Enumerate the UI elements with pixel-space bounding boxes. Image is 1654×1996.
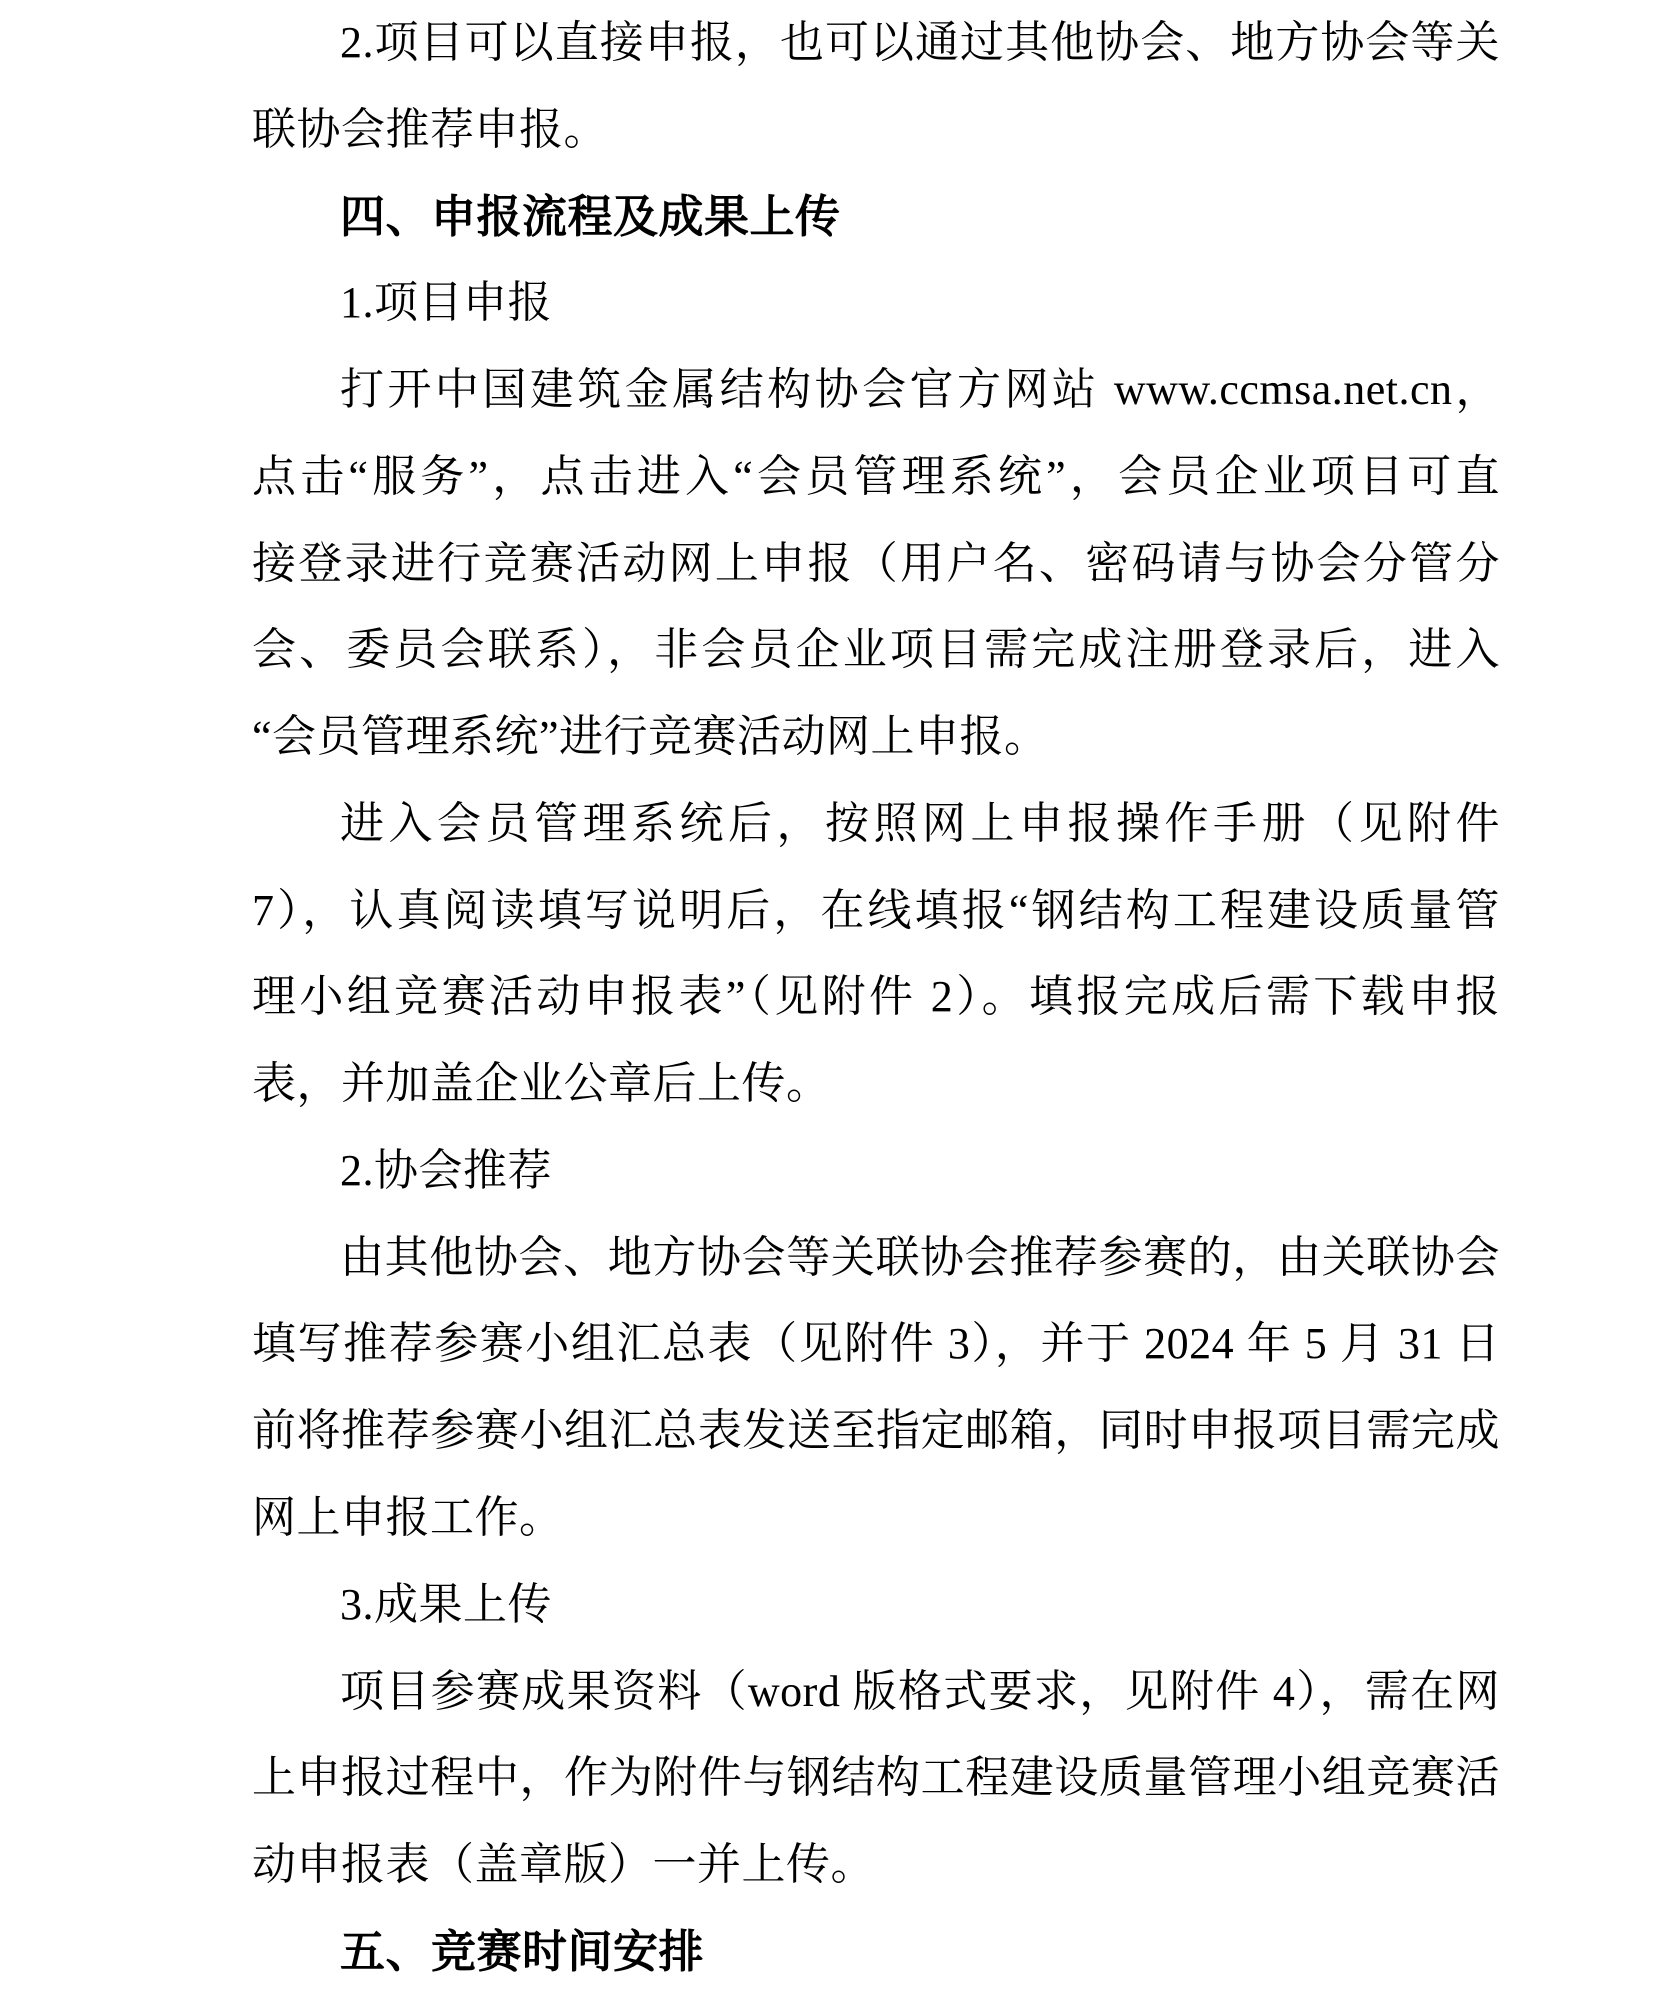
document-text-block: 2.项目可以直接申报，也可以通过其他协会、地方协会等关联协会推荐申报。四、申报流… [252,0,1500,1996]
text-line: 接登录进行竞赛活动网上申报（用户名、密码请与协会分管分 [252,521,1500,608]
text-line: 2.协会推荐 [252,1128,1500,1215]
text-line: 项目参赛成果资料（word 版格式要求，见附件 4），需在网 [252,1649,1500,1736]
section-heading: 五、竞赛时间安排 [252,1909,1500,1996]
text-line: 上申报过程中，作为附件与钢结构工程建设质量管理小组竞赛活 [252,1735,1500,1822]
text-line: 进入会员管理系统后，按照网上申报操作手册（见附件 [252,781,1500,868]
text-line: 由其他协会、地方协会等关联协会推荐参赛的，由关联协会 [252,1215,1500,1302]
document-page: 2.项目可以直接申报，也可以通过其他协会、地方协会等关联协会推荐申报。四、申报流… [0,0,1654,1996]
text-line: “会员管理系统”进行竞赛活动网上申报。 [252,694,1500,781]
text-line: 会、委员会联系），非会员企业项目需完成注册登录后，进入 [252,607,1500,694]
text-line: 网上申报工作。 [252,1475,1500,1562]
section-heading: 四、申报流程及成果上传 [252,174,1500,261]
text-line: 打开中国建筑金属结构协会官方网站 www.ccmsa.net.cn， [252,347,1500,434]
text-line: 点击“服务”，点击进入“会员管理系统”，会员企业项目可直 [252,434,1500,521]
text-line: 前将推荐参赛小组汇总表发送至指定邮箱，同时申报项目需完成 [252,1388,1500,1475]
text-line: 1.项目申报 [252,260,1500,347]
text-line: 7），认真阅读填写说明后，在线填报“钢结构工程建设质量管 [252,868,1500,955]
text-line: 填写推荐参赛小组汇总表（见附件 3），并于 2024 年 5 月 31 日 [252,1301,1500,1388]
text-line: 动申报表（盖章版）一并上传。 [252,1822,1500,1909]
text-line: 2.项目可以直接申报，也可以通过其他协会、地方协会等关 [252,0,1500,87]
text-line: 3.成果上传 [252,1562,1500,1649]
text-line: 表，并加盖企业公章后上传。 [252,1041,1500,1128]
text-line: 联协会推荐申报。 [252,87,1500,174]
text-line: 理小组竞赛活动申报表”（见附件 2）。填报完成后需下载申报 [252,954,1500,1041]
